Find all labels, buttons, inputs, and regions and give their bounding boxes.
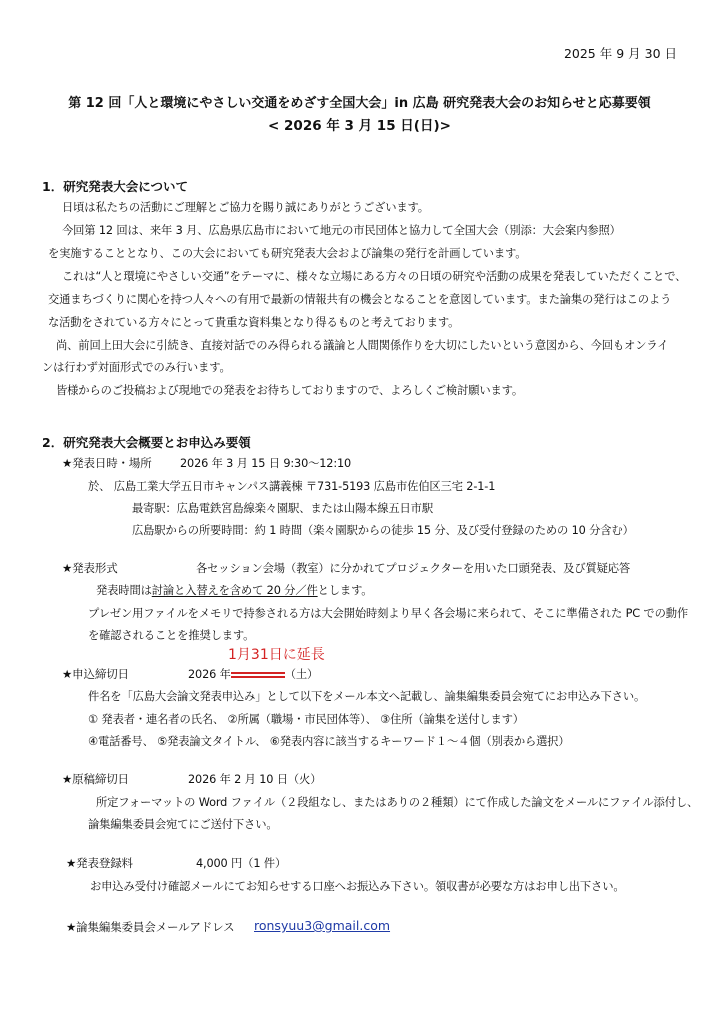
fee-label: ★発表登録料 (66, 855, 133, 871)
issue-date: 2025 年 9 月 30 日 (564, 44, 677, 62)
manuscript-line: 論集編集委員会宛てにご送付下さい。 (88, 816, 278, 832)
deadline-label: ★申込締切日 (62, 666, 129, 682)
deadline-extension-note: 1月31日に延長 (228, 644, 325, 664)
presentation-time-suffix: とします。 (318, 584, 373, 597)
document-title: 第 12 回「人と環境にやさしい交通をめざす全国大会」in 広島 研究発表大会の… (0, 92, 719, 111)
section-1-line: 皆様からのご投稿および現地での発表をお待ちしておりますので、よろしくご検討願いま… (56, 382, 523, 398)
format-value: 各セッション会場（教室）に分かれてプロジェクターを用いた口頭発表、及び質疑応答 (196, 560, 630, 576)
deadline-year: 2026 年 (188, 668, 231, 681)
event-date-subtitle: < 2026 年 3 月 15 日(日)> (0, 114, 719, 134)
presentation-time: 発表時間は討論と入替えを含めて 20 分／件とします。 (96, 582, 372, 598)
section-1-line: これは“人と環境にやさしい交通”をテーマに、様々な立場にある方々の日頃の研究や活… (62, 268, 686, 284)
application-items: ④電話番号、 ⑤発表論文タイトル、 ⑥発表内容に該当するキーワード１～４個（別表… (88, 733, 570, 749)
section-1-heading: 1．研究発表大会について (42, 177, 188, 195)
manuscript-value: 2026 年 2 月 10 日（火） (188, 771, 321, 787)
section-1-line: 今回第 12 回は、来年 3 月、広島県広島市において地元の市民団体と協力して全… (62, 222, 621, 238)
struck-original-date (231, 669, 285, 681)
deadline-value: 2026 年（土） (188, 666, 318, 682)
presentation-time-underlined: 討論と入替えを含めて 20 分／件 (152, 584, 318, 597)
application-items: ① 発表者・連名者の氏名、 ②所属（職場・市民団体等）、 ③住所（論集を送付しま… (88, 711, 524, 727)
section-1-line: 交通まちづくりに関心を持つ人々への有用で最新の情報共有の機会となることを意図して… (48, 291, 671, 307)
section-1-line: 尚、前回上田大会に引続き、直接対話でのみ得られる議論と人間関係作りを大切にしたい… (56, 337, 668, 353)
access-time: 広島駅からの所要時間：約 1 時間（楽々園駅からの徒歩 15 分、及び受付登録の… (132, 522, 634, 538)
presentation-time-prefix: 発表時間は (96, 584, 152, 597)
fee-note: お申込み受付け確認メールにてお知らせする口座へお振込み下さい。領収書が必要な方は… (90, 878, 625, 894)
schedule-label: ★発表日時・場所 (62, 455, 152, 471)
document-page: 2025 年 9 月 30 日 第 12 回「人と環境にやさしい交通をめざす全国… (0, 0, 719, 1024)
deadline-weekday: （土） (285, 668, 318, 681)
manuscript-label: ★原稿締切日 (62, 771, 129, 787)
format-label: ★発表形式 (62, 560, 118, 576)
email-link[interactable]: ronsyuu3@gmail.com (254, 918, 390, 933)
manuscript-line: 所定フォーマットの Word ファイル（２段組なし、またはありの２種類）にて作成… (96, 794, 698, 810)
venue: 於、 広島工業大学五日市キャンパス講義棟 〒731-5193 広島市佐伯区三宅 … (88, 478, 495, 494)
section-1-line: な活動をされている方々にとって貴重な資料集となり得るものと考えております。 (48, 314, 459, 330)
format-note: プレゼン用ファイルをメモリで持参される方は大会開始時刻より早く各会場に来られて、… (88, 605, 688, 621)
section-1-line: を実施することとなり、この大会においても研究発表大会および論集の発行を計画してい… (48, 245, 526, 261)
section-1-line: 日頃は私たちの活動にご理解とご協力を賜り誠にありがとうございます。 (62, 199, 429, 215)
application-instruction: 件名を「広島大会論文発表申込み」として以下をメール本文へ記載し、論集編集委員会宛… (88, 688, 645, 704)
section-1-line: ンは行わず対面形式でのみ行います。 (42, 359, 231, 375)
nearest-station: 最寄駅：広島電鉄宮島線楽々園駅、または山陽本線五日市駅 (132, 500, 433, 516)
email-label: ★論集編集委員会メールアドレス (66, 919, 234, 935)
schedule-value: 2026 年 3 月 15 日 9:30～12:10 (180, 455, 351, 471)
format-note: を確認されることを推奨します。 (88, 627, 254, 643)
section-2-heading: 2．研究発表大会概要とお申込み要領 (42, 433, 251, 451)
fee-value: 4,000 円（1 件） (196, 855, 286, 871)
